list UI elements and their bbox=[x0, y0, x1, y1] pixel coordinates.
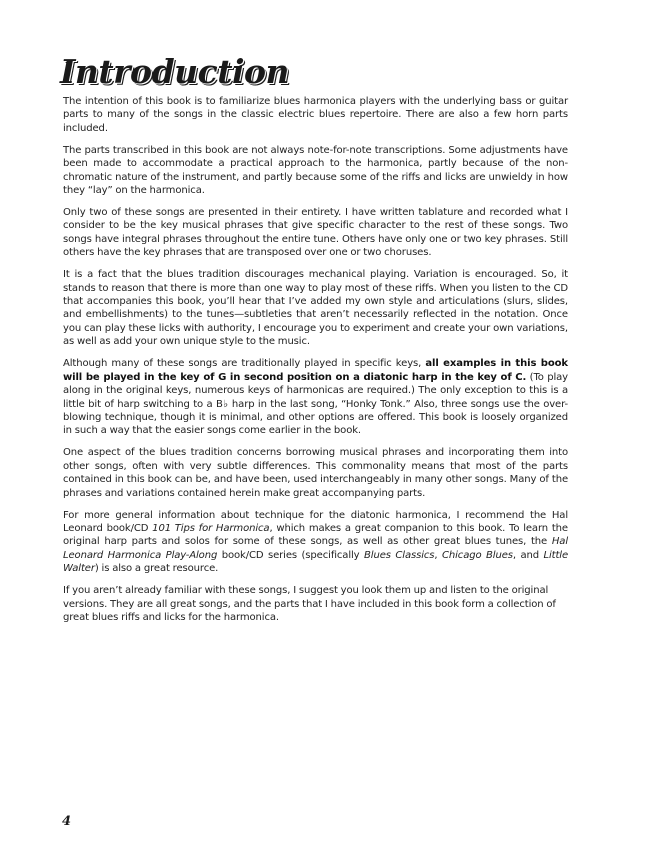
paragraph-borrowing: One aspect of the blues tradition concer… bbox=[63, 446, 568, 500]
paragraph-purpose: The intention of this book is to familia… bbox=[63, 95, 568, 135]
resources-text: ) is also a great resource. bbox=[95, 563, 218, 574]
keys-intro-text: Although many of these songs are traditi… bbox=[63, 358, 425, 369]
paragraph-transcriptions: The parts transcribed in this book are n… bbox=[63, 144, 568, 198]
book-title-101-tips: 101 Tips for Harmonica bbox=[152, 523, 269, 534]
page-title: Introduction bbox=[60, 50, 289, 94]
paragraph-closing: If you aren’t already familiar with thes… bbox=[63, 584, 568, 624]
paragraph-song-coverage: Only two of these songs are presented in… bbox=[63, 206, 568, 260]
paragraph-keys: Although many of these songs are traditi… bbox=[63, 357, 568, 437]
page-number: 4 bbox=[62, 814, 71, 829]
resources-text: , bbox=[434, 550, 442, 561]
body-text: The intention of this book is to familia… bbox=[63, 95, 568, 633]
book-title-blues-classics: Blues Classics bbox=[364, 550, 434, 561]
resources-text: book/CD series (specifically bbox=[217, 550, 364, 561]
paragraph-resources: For more general information about techn… bbox=[63, 509, 568, 576]
book-title-chicago-blues: Chicago Blues bbox=[442, 550, 513, 561]
paragraph-variation: It is a fact that the blues tradition di… bbox=[63, 268, 568, 348]
resources-text: , and bbox=[513, 550, 544, 561]
